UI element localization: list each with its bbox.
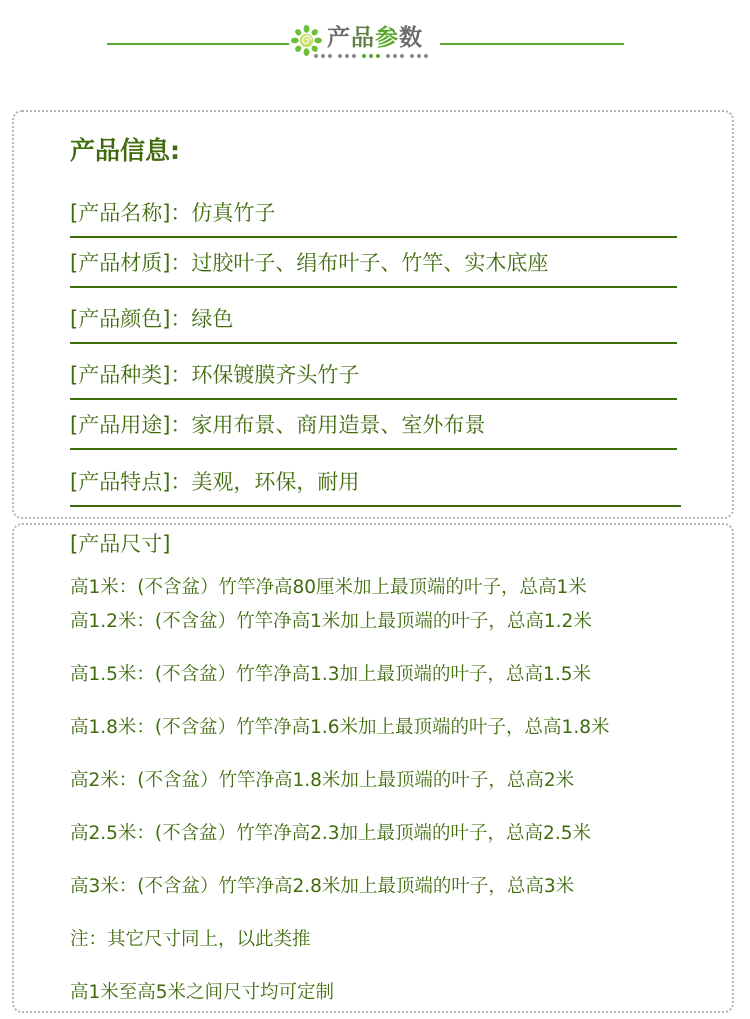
- dot-group: [314, 54, 332, 58]
- size-note: 注：其它尺寸同上，以此类推: [70, 927, 311, 953]
- size-line: 高1.8米：(不含盆）竹竿净高1.6米加上最顶端的叶子，总高1.8米: [70, 715, 609, 741]
- size-line: 高3米：(不含盆）竹竿净高2.8米加上最顶端的叶子，总高3米: [70, 874, 574, 900]
- dot-group: [410, 54, 428, 58]
- flower-icon: [291, 25, 322, 56]
- info-row-material: [产品材质]：过胶叶子、绢布叶子、竹竿、实木底座: [70, 238, 677, 288]
- row-sep: ：: [170, 363, 191, 387]
- row-value: 美观，环保，耐用: [191, 470, 359, 494]
- row-value: 仿真竹子: [191, 201, 275, 225]
- info-row-type: [产品种类]：环保镀膜齐头竹子: [70, 350, 677, 400]
- dot-group: [362, 54, 380, 58]
- row-sep: ：: [170, 251, 191, 275]
- row-label: [产品种类]: [70, 363, 170, 387]
- size-line: 高1米：(不含盆）竹竿净高80厘米加上最顶端的叶子，总高1米: [70, 575, 587, 601]
- info-row-usage: [产品用途]：家用布景、商用造景、室外布景: [70, 400, 677, 450]
- product-info-title: 产品信息:: [70, 133, 180, 169]
- row-sep: ：: [170, 307, 191, 331]
- dot-group: [386, 54, 404, 58]
- row-label: [产品用途]: [70, 413, 170, 437]
- row-sep: ：: [170, 413, 191, 437]
- dot-group: [338, 54, 356, 58]
- title-char: 品: [351, 23, 375, 53]
- title-char: 数: [399, 23, 423, 53]
- row-label: [产品特点]: [70, 470, 170, 494]
- row-value: 环保镀膜齐头竹子: [191, 363, 359, 387]
- row-label: [产品名称]: [70, 201, 170, 225]
- info-row-color: [产品颜色]：绿色: [70, 294, 677, 344]
- row-sep: ：: [170, 470, 191, 494]
- info-row-features: [产品特点]：美观，环保，耐用: [70, 457, 681, 507]
- row-value: 过胶叶子、绢布叶子、竹竿、实木底座: [191, 251, 548, 275]
- row-sep: ：: [170, 201, 191, 225]
- row-label: [产品颜色]: [70, 307, 170, 331]
- section-title: 产品参数: [327, 23, 423, 53]
- size-line: 高2.5米：(不含盆）竹竿净高2.3加上最顶端的叶子，总高2.5米: [70, 821, 591, 847]
- size-custom-note: 高1米至高5米之间尺寸均可定制: [70, 980, 334, 1006]
- title-char: 参: [375, 23, 399, 53]
- section-header: 产品参数: [0, 0, 750, 90]
- size-line: 高1.2米：(不含盆）竹竿净高1米加上最顶端的叶子，总高1.2米: [70, 609, 592, 635]
- row-value: 家用布景、商用造景、室外布景: [191, 413, 485, 437]
- size-line: 高1.5米：(不含盆）竹竿净高1.3加上最顶端的叶子，总高1.5米: [70, 662, 591, 688]
- header-divider-left: [107, 43, 289, 45]
- header-divider-right: [440, 43, 624, 45]
- row-value: 绿色: [191, 307, 233, 331]
- size-line: 高2米：(不含盆）竹竿净高1.8米加上最顶端的叶子，总高2米: [70, 768, 574, 794]
- title-char: 产: [327, 23, 351, 53]
- row-label: [产品材质]: [70, 251, 170, 275]
- title-dots-decoration: [314, 54, 428, 58]
- info-row-name: [产品名称]：仿真竹子: [70, 188, 677, 238]
- product-size-title: [产品尺寸]: [70, 529, 170, 559]
